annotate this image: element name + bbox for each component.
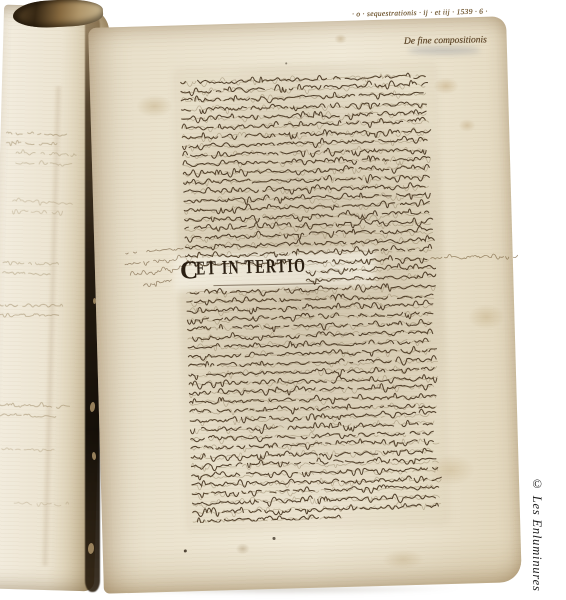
rubric-text: ET IN TERTIO — [196, 258, 307, 283]
body-text-scribble — [179, 68, 443, 523]
wormhole-speck — [285, 62, 287, 64]
wormhole-speck — [272, 537, 275, 540]
book-photo: C ET IN TERTIO · o · sequestrationis · i… — [0, 0, 566, 600]
pencil-smudge — [408, 47, 480, 54]
right-page: C ET IN TERTIO — [88, 16, 522, 593]
copyright-watermark: © Les Enluminures — [529, 477, 544, 600]
right-margin-note — [428, 247, 520, 268]
page-crease — [41, 86, 63, 566]
wormhole-speck — [184, 549, 187, 552]
chapter-annotation: De fine compositionis — [404, 35, 487, 46]
left-margin-note — [121, 241, 193, 302]
rubric: C ET IN TERTIO — [180, 255, 307, 284]
